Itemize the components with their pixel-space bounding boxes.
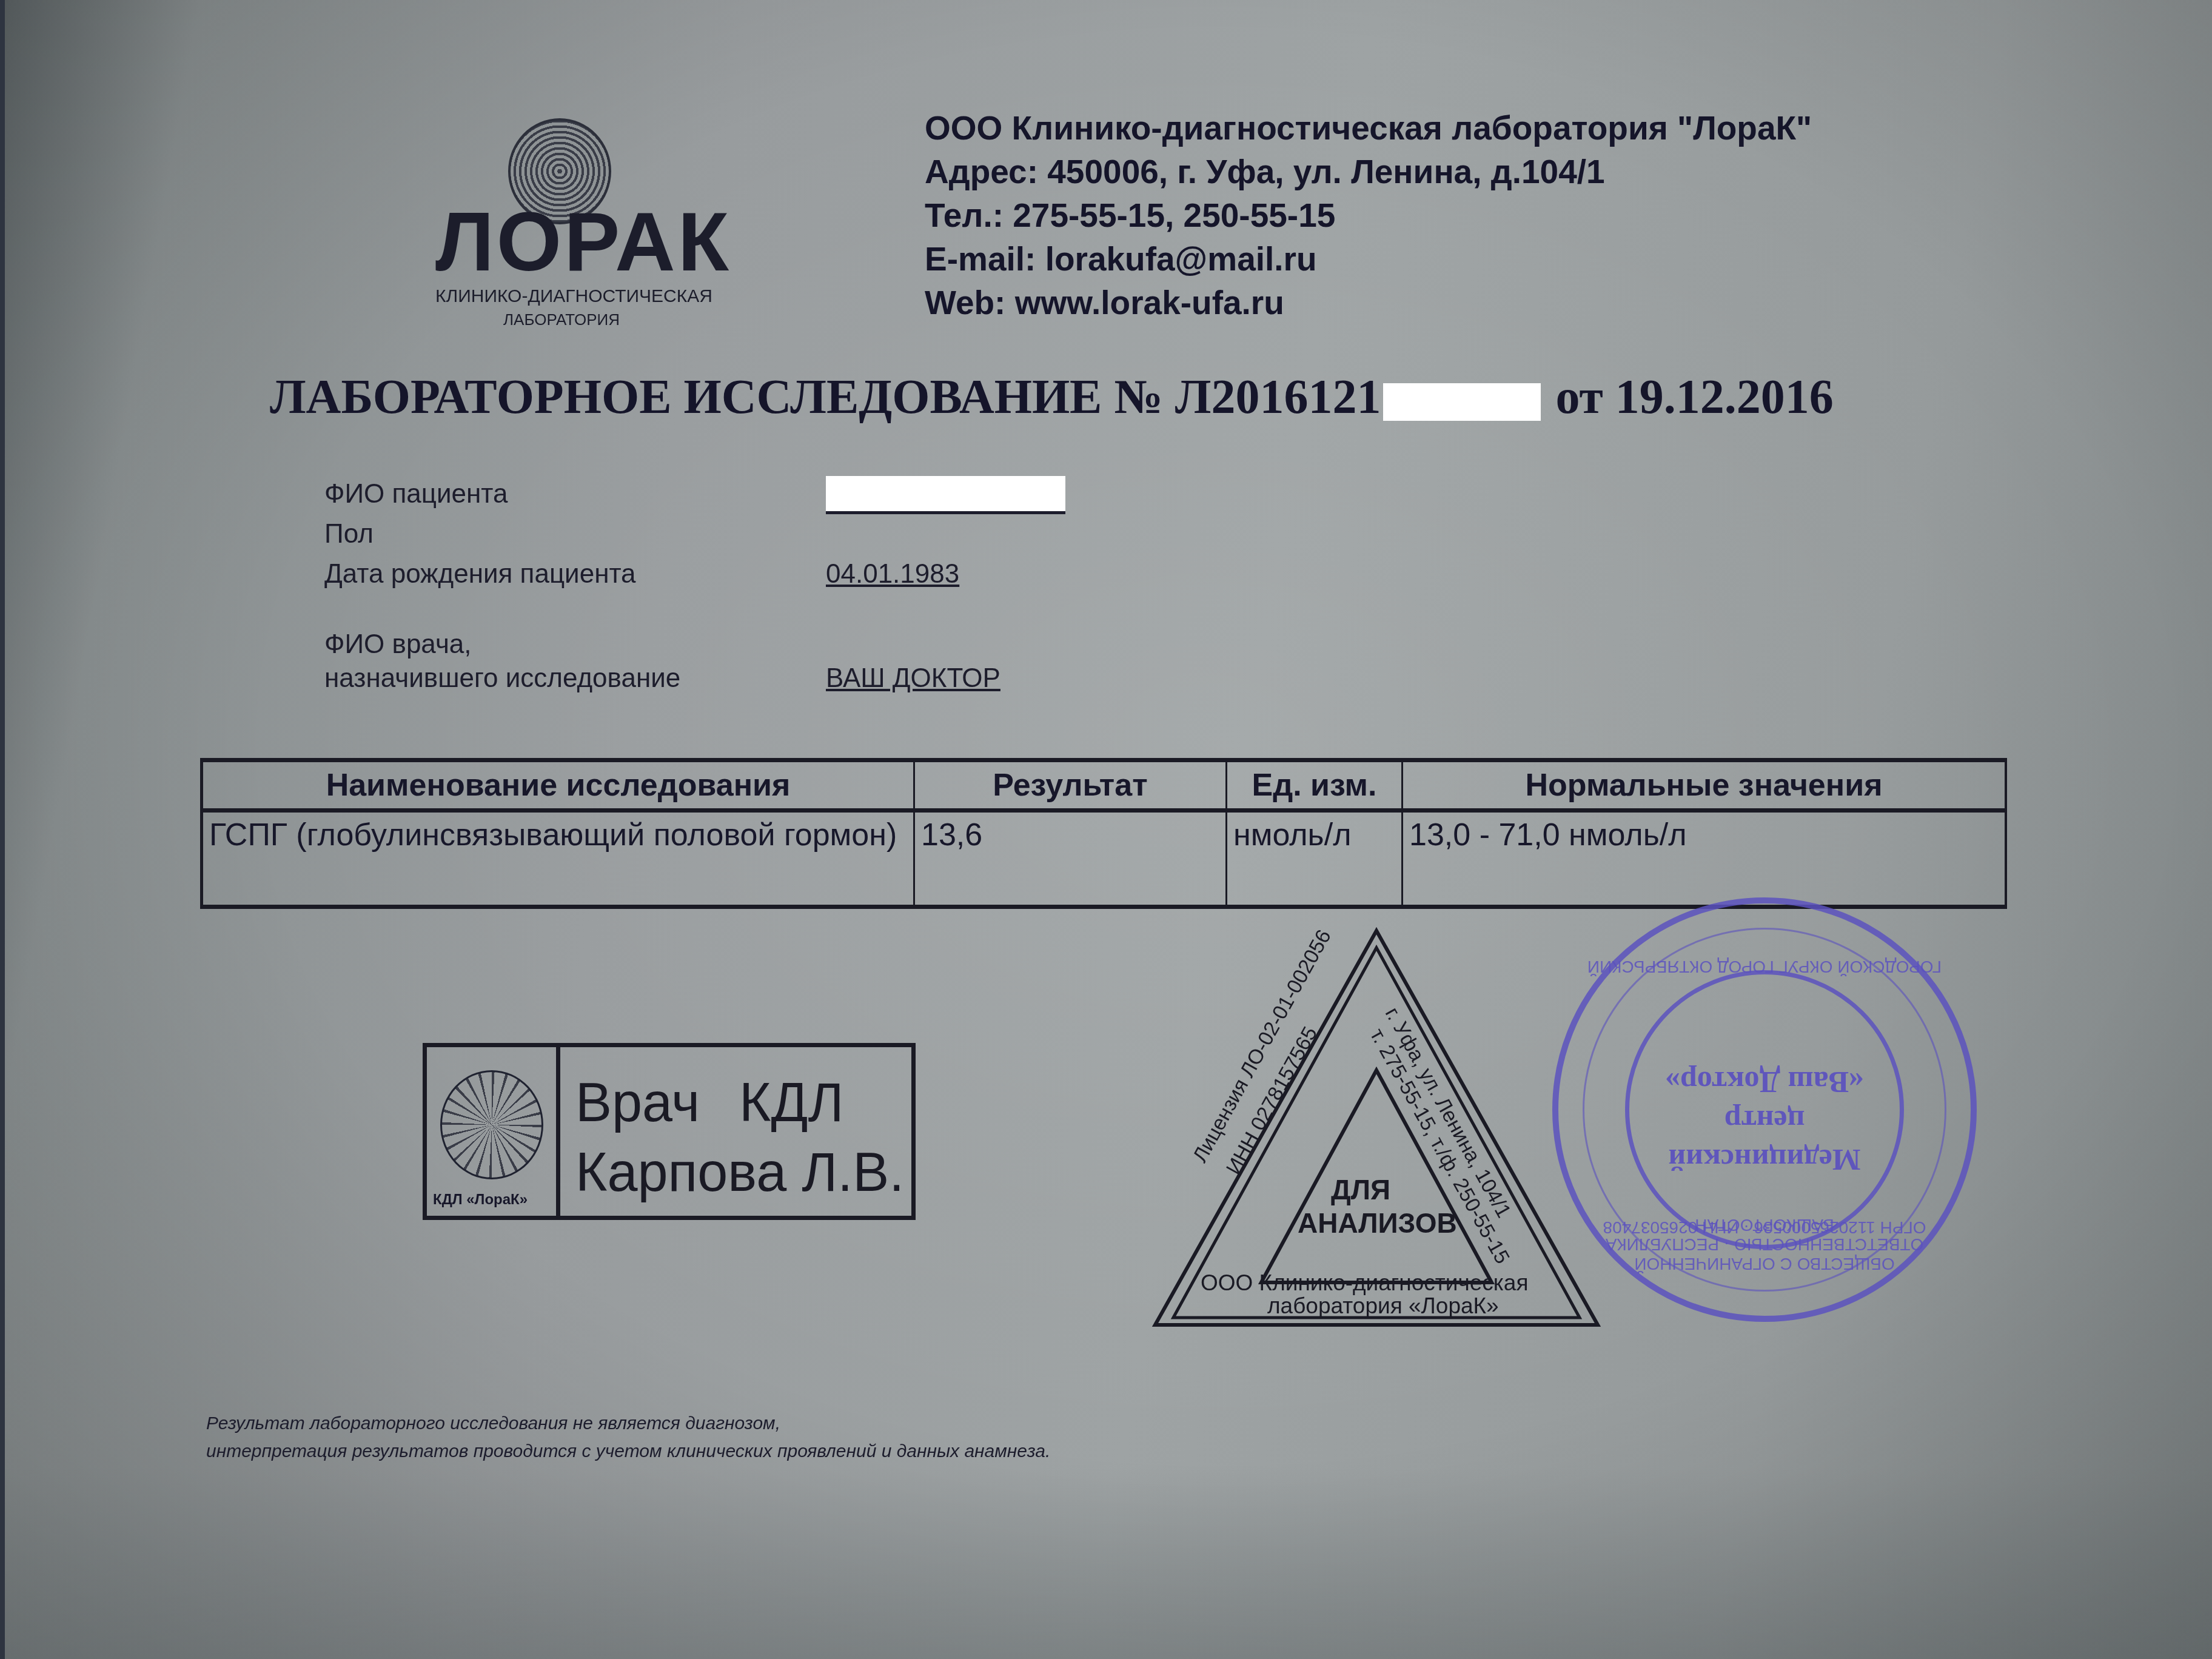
doctor-label-2: назначившего исследование: [324, 663, 680, 694]
triangle-stamp: ДЛЯ АНАЛИЗОВ Лицензия ЛО-02-01-002056 ИН…: [1152, 925, 1601, 1328]
doctor-name: Карпова Л.В.: [575, 1138, 911, 1208]
triangle-org-1: ООО Клинико-диагностическая: [1201, 1270, 1528, 1296]
doctor-stamp-text: Врач КДЛ Карпова Л.В.: [560, 1047, 911, 1216]
disclaimer: Результат лабораторного исследования не …: [206, 1410, 1050, 1466]
dob-label: Дата рождения пациента: [324, 559, 636, 589]
email: E-mail: lorakufa@mail.ru: [925, 237, 1812, 281]
doctor-title: Врач КДЛ: [575, 1068, 911, 1138]
round-stamp-ring-top: ОГРН 1120265000536 · ИНН 0265037408: [1558, 1218, 1971, 1237]
table-header-row: Наименование исследования Результат Ед. …: [202, 760, 2006, 811]
cell-result: 13,6: [914, 811, 1227, 907]
document-title: ЛАБОРАТОРНОЕ ИССЛЕДОВАНИЕ № Л2016121 от …: [270, 370, 1834, 425]
doctor-stamp-logo-label: КДЛ «ЛораК»: [433, 1191, 528, 1208]
results-table: Наименование исследования Результат Ед. …: [200, 758, 2007, 909]
round-stamp: ОБЩЕСТВО С ОГРАНИЧЕННОЙ ОТВЕТСТВЕННОСТЬЮ…: [1552, 897, 1977, 1322]
header-test-name: Наименование исследования: [202, 760, 914, 811]
doctor-value: ВАШ ДОКТОР: [826, 663, 1000, 694]
phone: Тел.: 275-55-15, 250-55-15: [925, 193, 1812, 237]
round-stamp-center-1: Медицинский: [1558, 1141, 1971, 1179]
round-stamp-ring-bottom: ГОРОДСКОЙ ОКРУГ ГОРОД ОКТЯБРЬСКИЙ: [1558, 957, 1971, 976]
triangle-center-2: АНАЛИЗОВ: [1298, 1207, 1457, 1239]
round-stamp-center-2: центр: [1558, 1102, 1971, 1141]
disclaimer-line-2: интерпретация результатов проводится с у…: [206, 1438, 1050, 1466]
cell-unit: нмоль/л: [1227, 811, 1403, 907]
paper-edge: [0, 0, 5, 1659]
round-stamp-center: Медицинский центр «Ваш Доктор»: [1558, 1063, 1971, 1179]
title-date: от 19.12.2016: [1555, 370, 1833, 424]
round-stamp-center-3: «Ваш Доктор»: [1558, 1063, 1971, 1102]
logo-wordmark: ЛОРАК: [435, 200, 731, 284]
table-row: ГСПГ (глобулинсвязывающий половой гормон…: [202, 811, 2006, 907]
cell-test-name: ГСПГ (глобулинсвязывающий половой гормон…: [202, 811, 914, 907]
redacted-patient-name: [826, 476, 1065, 514]
title-prefix: ЛАБОРАТОРНОЕ ИССЛЕДОВАНИЕ № Л2016121: [270, 370, 1381, 424]
address: Адрес: 450006, г. Уфа, ул. Ленина, д.104…: [925, 150, 1812, 193]
website: Web: www.lorak-ufa.ru: [925, 281, 1812, 324]
logo-subtitle: КЛИНИКО-ДИАГНОСТИЧЕСКАЯ: [435, 286, 712, 307]
disclaimer-line-1: Результат лабораторного исследования не …: [206, 1410, 1050, 1438]
header-unit: Ед. изм.: [1227, 760, 1403, 811]
sex-label: Пол: [324, 519, 374, 549]
dob-value: 04.01.1983: [826, 559, 959, 589]
patient-name-label: ФИО пациента: [324, 479, 508, 509]
header-result: Результат: [914, 760, 1227, 811]
logo-subtitle-2: ЛАБОРАТОРИЯ: [503, 310, 620, 329]
header-reference: Нормальные значения: [1403, 760, 2006, 811]
doctor-label-1: ФИО врача,: [324, 629, 472, 660]
triangle-org-2: лаборатория «ЛораК»: [1267, 1293, 1499, 1319]
org-name: ООО Клинико-диагностическая лаборатория …: [925, 106, 1812, 150]
lorak-emblem-icon: [440, 1070, 543, 1179]
doctor-stamp: КДЛ «ЛораК» Врач КДЛ Карпова Л.В.: [423, 1043, 916, 1220]
doctor-stamp-logo: КДЛ «ЛораК»: [427, 1047, 560, 1216]
redacted-number: [1383, 383, 1541, 421]
paper-shadow: [0, 1467, 2212, 1659]
cell-reference: 13,0 - 71,0 нмоль/л: [1403, 811, 2006, 907]
triangle-center-1: ДЛЯ: [1331, 1173, 1390, 1206]
lab-contacts: ООО Клинико-диагностическая лаборатория …: [925, 106, 1812, 324]
